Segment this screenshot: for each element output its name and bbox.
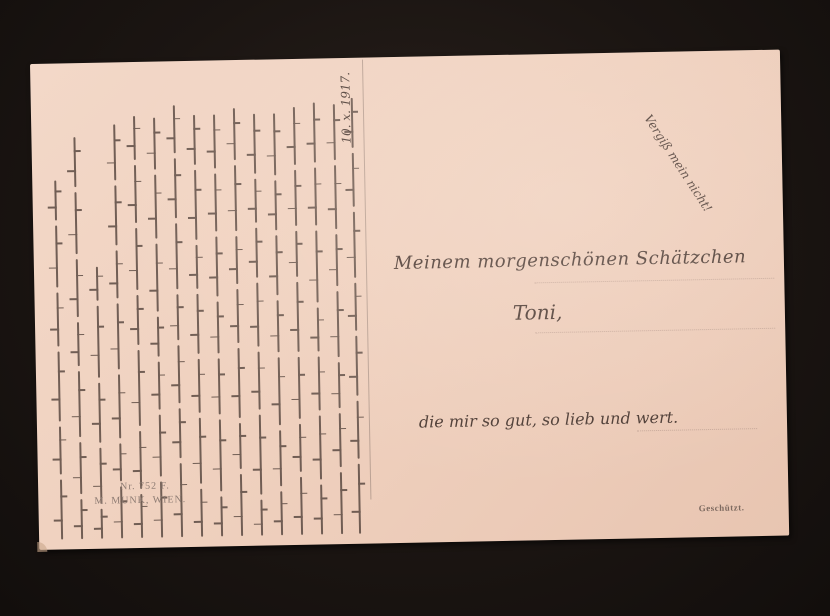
handwritten-message: 10. x. 1917. [36, 62, 369, 546]
printer-mark-publisher: M. MUNK, WIEN. [94, 493, 186, 509]
protection-notice: Geschützt. [699, 502, 745, 513]
salutation: Meinem morgenschönen Schätzchen [394, 246, 747, 274]
address-line [637, 428, 757, 432]
recipient-name: Toni, [513, 300, 563, 325]
address-line [535, 328, 775, 335]
message-date: 10. x. 1917. [338, 72, 353, 144]
tagline: die mir so gut, so lieb und wert. [419, 408, 679, 432]
corner-note: Vergiß mein nicht! [641, 112, 715, 215]
printer-mark: Nr. 752 F. M. MUNK, WIEN. [94, 479, 186, 509]
address-line [534, 278, 774, 285]
message-area: 10. x. 1917. [36, 62, 369, 546]
postcard: 10. x. 1917. Nr. 752 F. M. MUNK, WIEN. V… [30, 50, 789, 550]
